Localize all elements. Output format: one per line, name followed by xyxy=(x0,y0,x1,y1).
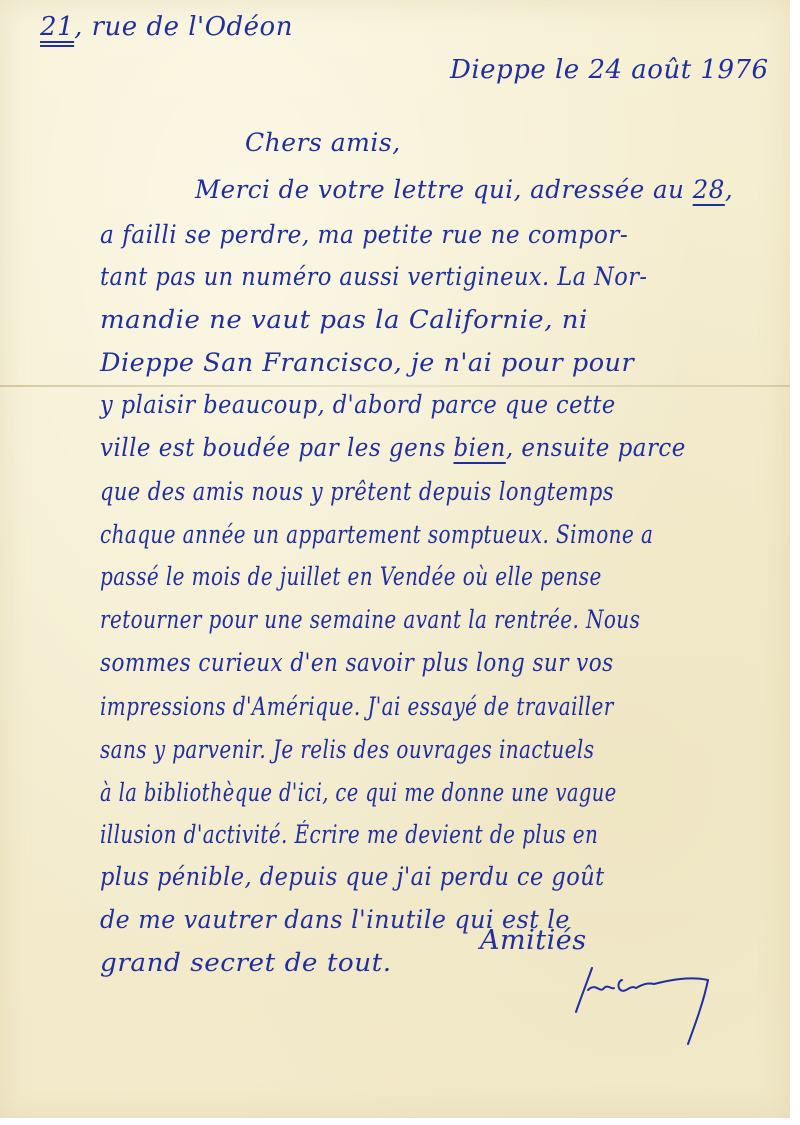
body-line-14: sans y parvenir. Je relis des ouvrages i… xyxy=(100,735,594,764)
closing: Amitiés xyxy=(480,925,587,956)
place-date: Dieppe le 24 août 1976 xyxy=(450,55,769,85)
body-line-16: illusion d'activité. Écrire me devient d… xyxy=(100,820,598,849)
body-line-4: mandie ne vaut pas la Californie, ni xyxy=(100,305,588,334)
letter-paper: 21, rue de l'Odéon Dieppe le 24 août 197… xyxy=(0,0,790,1118)
body-line-3: tant pas un numéro aussi vertigineux. La… xyxy=(100,262,647,291)
body-line-19: grand secret de tout. xyxy=(100,948,392,977)
paper-fold-line xyxy=(0,385,790,387)
body-line-1: Merci de votre lettre qui, adressée au 2… xyxy=(195,175,733,204)
body-line-7: ville est boudée par les gens bien, ensu… xyxy=(100,433,686,462)
body-line-9: chaque année un appartement somptueux. S… xyxy=(100,520,653,549)
body-line-12: sommes curieux d'en savoir plus long sur… xyxy=(100,648,614,677)
salutation: Chers amis, xyxy=(245,128,401,157)
body-line-6: y plaisir beaucoup, d'abord parce que ce… xyxy=(100,390,616,419)
body-line-2: a failli se perdre, ma petite rue ne com… xyxy=(100,220,628,249)
signature-icon xyxy=(570,960,720,1050)
address-street: , rue de l'Odéon xyxy=(74,12,293,42)
body-line-11: retourner pour une semaine avant la rent… xyxy=(100,605,640,634)
body-line-17: plus pénible, depuis que j'ai perdu ce g… xyxy=(100,862,605,891)
body-line-5: Dieppe San Francisco, je n'ai pour pour xyxy=(100,348,634,377)
body-line-10: passé le mois de juillet en Vendée où el… xyxy=(100,562,602,591)
sender-address: 21, rue de l'Odéon xyxy=(40,12,293,42)
body-line-15: à la bibliothèque d'ici, ce qui me donne… xyxy=(100,778,617,807)
address-number: 21 xyxy=(40,12,74,42)
body-line-8: que des amis nous y prêtent depuis longt… xyxy=(100,477,614,506)
body-line-13: impressions d'Amérique. J'ai essayé de t… xyxy=(100,692,614,721)
